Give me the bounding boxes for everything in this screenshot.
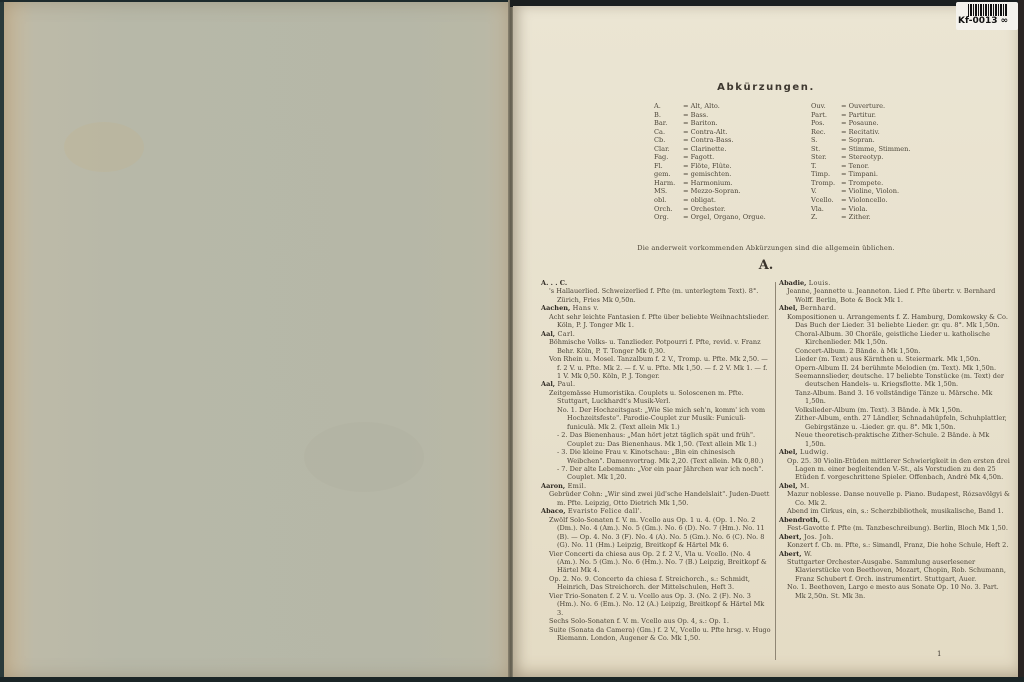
- abbreviation-row: Pos.= Posaune.: [811, 119, 911, 128]
- abbreviation-key: Z.: [811, 213, 841, 222]
- composer-heading: Abaco, Evaristo Felice dall'.: [541, 507, 771, 515]
- work-listing: Zeitgemässe Humoristika. Couplets u. Sol…: [541, 389, 771, 406]
- abbreviation-key: MS.: [654, 187, 683, 196]
- column-divider: [775, 282, 776, 660]
- abbreviation-row: Part.= Partitur.: [811, 111, 911, 120]
- abbreviation-row: Vla.= Viola.: [811, 205, 911, 214]
- catalog-entry: Abend im Cirkus, ein, s.: Scherzbiblioth…: [779, 507, 1011, 515]
- abbreviation-key: Harm.: [654, 179, 683, 188]
- abbreviation-row: Timp.= Timpani.: [811, 170, 911, 179]
- work-listing: Concert-Album. 2 Bände. à Mk 1,50n.: [779, 347, 1011, 355]
- work-listing: Böhmische Volks- u. Tanzlieder. Potpourr…: [541, 338, 771, 355]
- left-page-blank: [4, 2, 510, 678]
- catalog-column-left: A. . . C.'s Hallauerlied. Schweizerlied …: [541, 279, 771, 642]
- catalog-entry: Abel, Ludwig.Op. 25. 30 Violin-Etüden mi…: [779, 448, 1011, 482]
- page-number: 1: [937, 650, 941, 658]
- abbreviation-row: Tromp.= Trompete.: [811, 179, 911, 188]
- catalog-entry: Abendroth, G.Fest-Gavotte f. Pfte (m. Ta…: [779, 516, 1011, 533]
- catalog-entry: Abert, Jos. Joh.Konzert f. Cb. m. Pfte, …: [779, 533, 1011, 550]
- composer-surname: Abert,: [779, 533, 802, 541]
- abbreviation-key: St.: [811, 145, 841, 154]
- catalog-entry: A. . . C.'s Hallauerlied. Schweizerlied …: [541, 279, 771, 304]
- abbreviation-row: St.= Stimme, Stimmen.: [811, 145, 911, 154]
- work-listing: - 3. Die kleine Frau v. Kinotschau: „Bin…: [541, 448, 771, 465]
- work-listing: Seemannslieder, deutsche. 17 beliebte To…: [779, 372, 1011, 389]
- catalog-entry: Aaron, Emil.Gebrüder Cohn: „Wir sind zwe…: [541, 482, 771, 507]
- work-listing: Von Rhein u. Mosel. Tanzalbum f. 2 V., T…: [541, 355, 771, 380]
- work-listing: Kompositionen u. Arrangements f. Z. Hamb…: [779, 313, 1011, 321]
- composer-heading: Aal, Paul.: [541, 380, 771, 388]
- abbreviation-value: = Violoncello.: [841, 196, 887, 205]
- work-listing: Choral-Album. 30 Choräle, geistliche Lie…: [779, 330, 1011, 347]
- abbreviation-value: = Timpani.: [841, 170, 878, 179]
- abbreviation-key: Ster.: [811, 153, 841, 162]
- abbreviation-value: = Contra-Bass.: [683, 136, 733, 145]
- abbreviation-key: gem.: [654, 170, 683, 179]
- abbreviation-row: Bar.= Bariton.: [654, 119, 766, 128]
- abbreviation-key: Vcello.: [811, 196, 841, 205]
- work-listing: Lieder (m. Text) aus Kärnthen u. Steierm…: [779, 355, 1011, 363]
- composer-given-name: G.: [820, 516, 830, 524]
- composer-heading: Abadie, Louis.: [779, 279, 1011, 287]
- abbreviation-key: Ouv.: [811, 102, 841, 111]
- composer-given-name: Paul.: [555, 380, 575, 388]
- composer-heading: Abendroth, G.: [779, 516, 1011, 524]
- abbreviation-key: Pos.: [811, 119, 841, 128]
- composer-surname: Abaco,: [541, 507, 566, 515]
- composer-surname: Abendroth,: [779, 516, 820, 524]
- abbreviation-row: V.= Violine, Violon.: [811, 187, 911, 196]
- abbreviation-key: obl.: [654, 196, 683, 205]
- abbreviation-value: = obligat.: [683, 196, 716, 205]
- abbreviation-row: B.= Bass.: [654, 111, 766, 120]
- work-listing: Stuttgarter Orchester-Ausgabe. Sammlung …: [779, 558, 1011, 583]
- composer-given-name: Emil.: [565, 482, 586, 490]
- work-listing: Konzert f. Cb. m. Pfte, s.: Simandl, Fra…: [779, 541, 1011, 549]
- work-listing: Op. 2. No. 9. Concerto da chiesa f. Stre…: [541, 575, 771, 592]
- abbreviation-row: T.= Tenor.: [811, 162, 911, 171]
- abbreviation-value: = Orchester.: [683, 205, 725, 214]
- catalog-column-right: Abadie, Louis.Jeanne, Jeannette u. Jeann…: [779, 279, 1011, 600]
- abbreviation-value: = Posaune.: [841, 119, 879, 128]
- composer-heading: Aaron, Emil.: [541, 482, 771, 490]
- work-listing: Tanz-Album. Band 3. 16 vollständige Tänz…: [779, 389, 1011, 406]
- abbreviation-key: T.: [811, 162, 841, 171]
- work-listing: Gebrüder Cohn: „Wir sind zwei jüd'sche H…: [541, 490, 771, 507]
- work-listing: Opern-Album II. 24 berühmte Melodien (m.…: [779, 364, 1011, 372]
- abbreviation-key: Part.: [811, 111, 841, 120]
- abbreviation-key: Clar.: [654, 145, 683, 154]
- composer-surname: Abert,: [779, 550, 802, 558]
- barcode-icon: [968, 4, 1008, 16]
- abbreviation-key: Bar.: [654, 119, 683, 128]
- abbreviation-key: Orch.: [654, 205, 683, 214]
- catalog-entry: Abert, W.Stuttgarter Orchester-Ausgabe. …: [779, 550, 1011, 601]
- catalog-entry: Aal, Carl.Böhmische Volks- u. Tanzlieder…: [541, 330, 771, 381]
- composer-heading: Abel, Bernhard.: [779, 304, 1011, 312]
- abbreviation-row: Fag.= Fagott.: [654, 153, 766, 162]
- abbreviation-value: = Contra-Alt.: [683, 128, 727, 137]
- composer-surname: Aachen,: [541, 304, 570, 312]
- abbreviations-column-left: A.= Alt, Alto.B.= Bass.Bar.= Bariton.Ca.…: [654, 102, 766, 222]
- abbreviation-value: = Flöte, Flûte.: [683, 162, 732, 171]
- abbreviation-row: gem.= gemischten.: [654, 170, 766, 179]
- abbreviation-key: Org.: [654, 213, 683, 222]
- composer-surname: Aaron,: [541, 482, 565, 490]
- catalog-entry: Abadie, Louis.Jeanne, Jeannette u. Jeann…: [779, 279, 1011, 304]
- composer-given-name: Jos. Joh.: [802, 533, 834, 541]
- abbreviation-row: Vcello.= Violoncello.: [811, 196, 911, 205]
- abbreviation-key: B.: [654, 111, 683, 120]
- composer-given-name: Hans v.: [570, 304, 599, 312]
- composer-given-name: Evaristo Felice dall'.: [566, 507, 643, 515]
- abbreviation-value: = Bass.: [683, 111, 708, 120]
- abbreviation-row: Fl.= Flöte, Flûte.: [654, 162, 766, 171]
- work-listing: Zwölf Solo-Sonaten f. V. m. Vcello aus O…: [541, 516, 771, 550]
- composer-surname: Aal,: [541, 380, 555, 388]
- abbreviation-row: S.= Sopran.: [811, 136, 911, 145]
- abbreviation-key: Cb.: [654, 136, 683, 145]
- abbreviation-value: = Stereotyp.: [841, 153, 883, 162]
- abbreviation-row: MS.= Mezzo-Sopran.: [654, 187, 766, 196]
- abbreviation-value: = Alt, Alto.: [683, 102, 720, 111]
- abbreviation-value: = Orgel, Organo, Orgue.: [683, 213, 766, 222]
- catalog-entry: Aal, Paul.Zeitgemässe Humoristika. Coupl…: [541, 380, 771, 481]
- composer-surname: Aal,: [541, 330, 555, 338]
- abbreviation-key: Tromp.: [811, 179, 841, 188]
- composer-heading: Abel, M.: [779, 482, 1011, 490]
- abbreviations-column-right: Ouv.= Ouverture.Part.= Partitur.Pos.= Po…: [811, 102, 911, 222]
- composer-surname: Abadie,: [779, 279, 806, 287]
- abbreviation-value: = Ouverture.: [841, 102, 885, 111]
- abbreviation-value: = Bariton.: [683, 119, 718, 128]
- abbreviation-key: Ca.: [654, 128, 683, 137]
- abbreviation-value: = Recitativ.: [841, 128, 880, 137]
- work-listing: Vier Concerti da chiesa aus Op. 2 f. 2 V…: [541, 550, 771, 575]
- work-listing: Jeanne, Jeannette u. Jeanneton. Lied f. …: [779, 287, 1011, 304]
- archive-barcode-label: Kf-0013 ∞: [956, 2, 1018, 30]
- barcode-text: Kf-0013 ∞: [958, 16, 1018, 26]
- catalog-entry: Abaco, Evaristo Felice dall'.Zwölf Solo-…: [541, 507, 771, 642]
- work-listing: Volkslieder-Album (m. Text). 3 Bände. à …: [779, 406, 1011, 414]
- composer-given-name: Ludwig.: [798, 448, 829, 456]
- abbreviation-value: = Viola.: [841, 205, 867, 214]
- abbreviation-row: Harm.= Harmonium.: [654, 179, 766, 188]
- work-listing: Das Buch der Lieder. 31 beliebte Lieder.…: [779, 321, 1011, 329]
- scan-border-right: [1018, 0, 1024, 682]
- work-listing: Fest-Gavotte f. Pfte (m. Tanzbeschreibun…: [779, 524, 1011, 532]
- work-listing: Mazur noblesse. Danse nouvelle p. Piano.…: [779, 490, 1011, 507]
- abbreviation-key: A.: [654, 102, 683, 111]
- abbreviation-key: Timp.: [811, 170, 841, 179]
- abbreviation-row: A.= Alt, Alto.: [654, 102, 766, 111]
- paper-stain: [64, 122, 144, 172]
- abbreviation-row: obl.= obligat.: [654, 196, 766, 205]
- abbreviation-key: V.: [811, 187, 841, 196]
- abbreviation-row: Org.= Orgel, Organo, Orgue.: [654, 213, 766, 222]
- work-listing: 's Hallauerlied. Schweizerlied f. Pfte (…: [541, 287, 771, 304]
- composer-surname: A. . . C.: [541, 279, 567, 287]
- page-title: Abkürzungen.: [513, 82, 1019, 93]
- catalog-entry: Abel, Bernhard.Kompositionen u. Arrangem…: [779, 304, 1011, 448]
- work-listing: - 7. Der alte Lebemann: „Vor ein paar Jä…: [541, 465, 771, 482]
- abbreviation-row: Ster.= Stereotyp.: [811, 153, 911, 162]
- work-listing: Sechs Solo-Sonaten f. V. m. Vcello aus O…: [541, 617, 771, 625]
- composer-heading: Abert, Jos. Joh.: [779, 533, 1011, 541]
- work-listing: Op. 25. 30 Violin-Etüden mittlerer Schwi…: [779, 457, 1011, 482]
- catalog-entry: Aachen, Hans v.Acht sehr leichte Fantasi…: [541, 304, 771, 329]
- abbreviation-row: Ouv.= Ouverture.: [811, 102, 911, 111]
- abbreviation-row: Ca.= Contra-Alt.: [654, 128, 766, 137]
- abbreviation-value: = Stimme, Stimmen.: [841, 145, 911, 154]
- abbreviation-row: Orch.= Orchester.: [654, 205, 766, 214]
- abbreviation-row: Cb.= Contra-Bass.: [654, 136, 766, 145]
- abbreviation-key: Fag.: [654, 153, 683, 162]
- abbreviation-value: = Partitur.: [841, 111, 876, 120]
- composer-surname: Abel,: [779, 448, 798, 456]
- abbreviation-key: Rec.: [811, 128, 841, 137]
- abbreviation-row: Rec.= Recitativ.: [811, 128, 911, 137]
- composer-heading: A. . . C.: [541, 279, 771, 287]
- work-listing: Neue theoretisch-praktische Zither-Schul…: [779, 431, 1011, 448]
- work-listing: Vier Trio-Sonaten f. 2 V. u. Vcello aus …: [541, 592, 771, 617]
- composer-surname: Abel,: [779, 304, 798, 312]
- composer-heading: Aachen, Hans v.: [541, 304, 771, 312]
- composer-given-name: Louis.: [806, 279, 830, 287]
- abbreviation-value: = Harmonium.: [683, 179, 733, 188]
- work-listing: No. 1. Beethoven, Largo e mesto aus Sona…: [779, 583, 1011, 600]
- abbreviation-value: = Tenor.: [841, 162, 869, 171]
- work-listing: - 2. Das Bienenhaus: „Man hört jetzt täg…: [541, 431, 771, 448]
- composer-given-name: Bernhard.: [798, 304, 837, 312]
- scan-border-bottom: [0, 677, 1024, 682]
- composer-heading: Abel, Ludwig.: [779, 448, 1011, 456]
- composer-heading: Aal, Carl.: [541, 330, 771, 338]
- section-letter: A.: [513, 258, 1019, 273]
- abbreviation-value: = Fagott.: [683, 153, 714, 162]
- composer-given-name: W.: [802, 550, 813, 558]
- paper-stain: [304, 422, 424, 492]
- abbreviation-key: S.: [811, 136, 841, 145]
- work-listing: Acht sehr leichte Fantasien f. Pfte über…: [541, 313, 771, 330]
- abbreviation-key: Fl.: [654, 162, 683, 171]
- abbreviation-row: Z.= Zither.: [811, 213, 911, 222]
- composer-given-name: M.: [798, 482, 810, 490]
- abbreviation-value: = Sopran.: [841, 136, 875, 145]
- abbreviation-row: Clar.= Clarinette.: [654, 145, 766, 154]
- work-listing: No. 1. Der Hochzeitsgast: „Wie Sie mich …: [541, 406, 771, 431]
- abbreviation-key: Vla.: [811, 205, 841, 214]
- abbreviation-value: = Mezzo-Sopran.: [683, 187, 741, 196]
- work-listing: Zither-Album, enth. 27 Ländler, Schnadah…: [779, 414, 1011, 431]
- abbreviations-note: Die anderweit vorkommenden Abkürzungen s…: [513, 244, 1019, 252]
- abbreviation-value: = Trompete.: [841, 179, 883, 188]
- abbreviation-value: = Zither.: [841, 213, 871, 222]
- composer-given-name: Carl.: [555, 330, 575, 338]
- composer-heading: Abert, W.: [779, 550, 1011, 558]
- abbreviation-value: = gemischten.: [683, 170, 731, 179]
- work-listing: Suite (Sonata da Camera) (Gm.) f. 2 V., …: [541, 626, 771, 643]
- catalog-entry-text: Abend im Cirkus, ein, s.: Scherzbiblioth…: [779, 507, 1011, 515]
- abbreviation-value: = Violine, Violon.: [841, 187, 899, 196]
- abbreviation-value: = Clarinette.: [683, 145, 726, 154]
- composer-surname: Abel,: [779, 482, 798, 490]
- catalog-entry: Abel, M.Mazur noblesse. Danse nouvelle p…: [779, 482, 1011, 507]
